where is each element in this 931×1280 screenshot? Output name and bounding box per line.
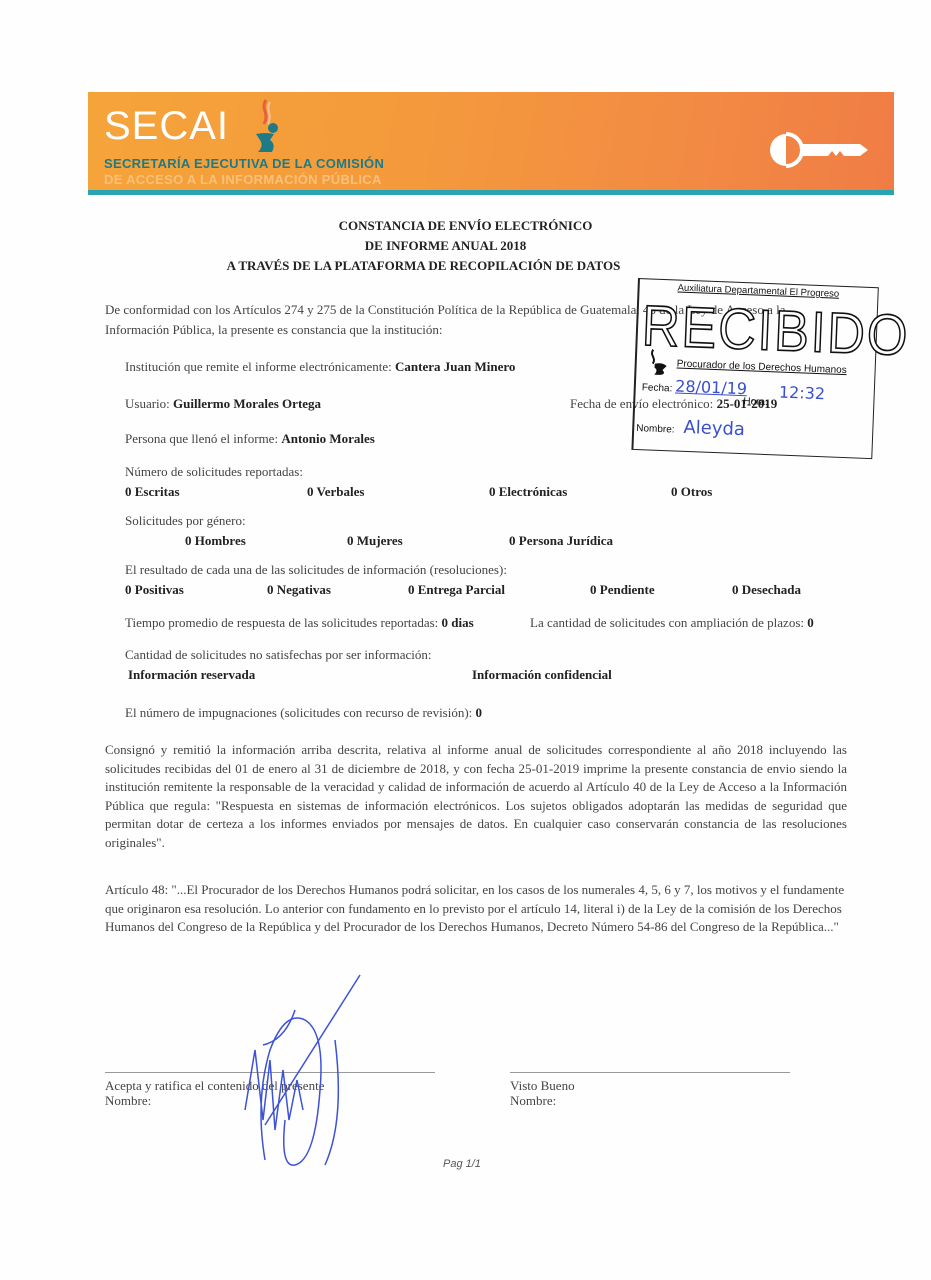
- genero-label: Solicitudes por género:: [125, 511, 246, 531]
- visto-bueno-text: Visto Bueno: [510, 1078, 575, 1093]
- usuario-value: Guillermo Morales Ortega: [173, 396, 321, 411]
- tiempo-field: Tiempo promedio de respuesta de las soli…: [125, 613, 474, 633]
- stamp-nombre-value: Aleyda: [683, 417, 745, 440]
- solicitudes-label: Número de solicitudes reportadas:: [125, 462, 303, 482]
- stamp-nombre-label: Nombre:: [636, 423, 675, 435]
- genero-hombres: 0 Hombres: [185, 533, 246, 549]
- signature-line-right: [510, 1072, 790, 1073]
- nombre-right: Nombre:: [510, 1093, 575, 1108]
- resolucion-entrega-parcial: 0 Entrega Parcial: [408, 582, 505, 598]
- page-number: Pag 1/1: [443, 1158, 481, 1170]
- key-icon: [764, 130, 874, 170]
- resolucion-negativas: 0 Negativas: [267, 582, 331, 598]
- received-stamp: Auxiliatura Departamental El Progreso RE…: [631, 278, 878, 459]
- stamp-nombre: Nombre: Aleyda: [636, 415, 745, 440]
- impugnaciones-field: El número de impugnaciones (solicitudes …: [125, 703, 482, 723]
- ampliacion-label: La cantidad de solicitudes con ampliació…: [530, 615, 804, 630]
- tiempo-label: Tiempo promedio de respuesta de las soli…: [125, 615, 438, 630]
- solicitudes-escritas: 0 Escritas: [125, 484, 180, 500]
- paragraph-consigno: Consignó y remitió la información arriba…: [105, 741, 847, 852]
- impugnaciones-label: El número de impugnaciones (solicitudes …: [125, 705, 472, 720]
- institucion-label: Institución que remite el informe electr…: [125, 359, 392, 374]
- usuario-label: Usuario:: [125, 396, 170, 411]
- genero-mujeres: 0 Mujeres: [347, 533, 403, 549]
- ampliacion-value: 0: [807, 615, 814, 630]
- intro-line2: Información Pública, la presente es cons…: [105, 320, 443, 340]
- tiempo-value: 0 dias: [442, 615, 474, 630]
- info-confidencial: Información confidencial: [472, 667, 612, 683]
- doc-title-line2: DE INFORME ANUAL 2018: [0, 238, 911, 254]
- stamp-fecha-label: Fecha:: [642, 382, 673, 394]
- impugnaciones-value: 0: [476, 705, 483, 720]
- no-satisfechas-label: Cantidad de solicitudes no satisfechas p…: [125, 645, 432, 665]
- torch-figure-icon: [246, 98, 286, 156]
- logo-text: SECAI: [104, 104, 229, 149]
- pdh-emblem-icon: [646, 347, 671, 376]
- ampliacion-field: La cantidad de solicitudes con ampliació…: [530, 613, 814, 633]
- header-stripe: [88, 190, 894, 195]
- info-reservada: Información reservada: [128, 667, 255, 683]
- persona-field: Persona que llenó el informe: Antonio Mo…: [125, 429, 375, 449]
- doc-title-line3: A TRAVÉS DE LA PLATAFORMA DE RECOPILACIÓ…: [0, 258, 889, 274]
- subtitle-line1: SECRETARÍA EJECUTIVA DE LA COMISIÓN: [104, 156, 384, 171]
- doc-title-line1: CONSTANCIA DE ENVÍO ELECTRÓNICO: [0, 218, 931, 234]
- resolucion-pendiente: 0 Pendiente: [590, 582, 655, 598]
- persona-label: Persona que llenó el informe:: [125, 431, 278, 446]
- resolucion-desechada: 0 Desechada: [732, 582, 801, 598]
- usuario-field: Usuario: Guillermo Morales Ortega: [125, 394, 321, 414]
- stamp-fecha: Fecha: 28/01/19: [642, 375, 748, 398]
- stamp-fecha-value: 28/01/19: [675, 377, 748, 399]
- persona-value: Antonio Morales: [281, 431, 375, 446]
- signature-right-label: Visto Bueno Nombre:: [510, 1078, 575, 1108]
- solicitudes-electronicas: 0 Electrónicas: [489, 484, 567, 500]
- resoluciones-label: El resultado de cada una de las solicitu…: [125, 560, 507, 580]
- institucion-value: Cantera Juan Minero: [395, 359, 515, 374]
- stamp-hora: Hora: 12:32: [743, 389, 825, 411]
- paragraph-articulo-48: Artículo 48: "...El Procurador de los De…: [105, 881, 855, 937]
- subtitle-line2: DE ACCESO A LA INFORMACIÓN PÚBLICA: [104, 172, 382, 187]
- solicitudes-verbales: 0 Verbales: [307, 484, 364, 500]
- stamp-hora-label: Hora:: [743, 396, 768, 408]
- genero-persona-juridica: 0 Persona Jurídica: [509, 533, 613, 549]
- solicitudes-otros: 0 Otros: [671, 484, 712, 500]
- resolucion-positivas: 0 Positivas: [125, 582, 184, 598]
- handwritten-signature: [225, 970, 375, 1175]
- institucion-field: Institución que remite el informe electr…: [125, 357, 515, 377]
- stamp-hora-value: 12:32: [779, 383, 826, 404]
